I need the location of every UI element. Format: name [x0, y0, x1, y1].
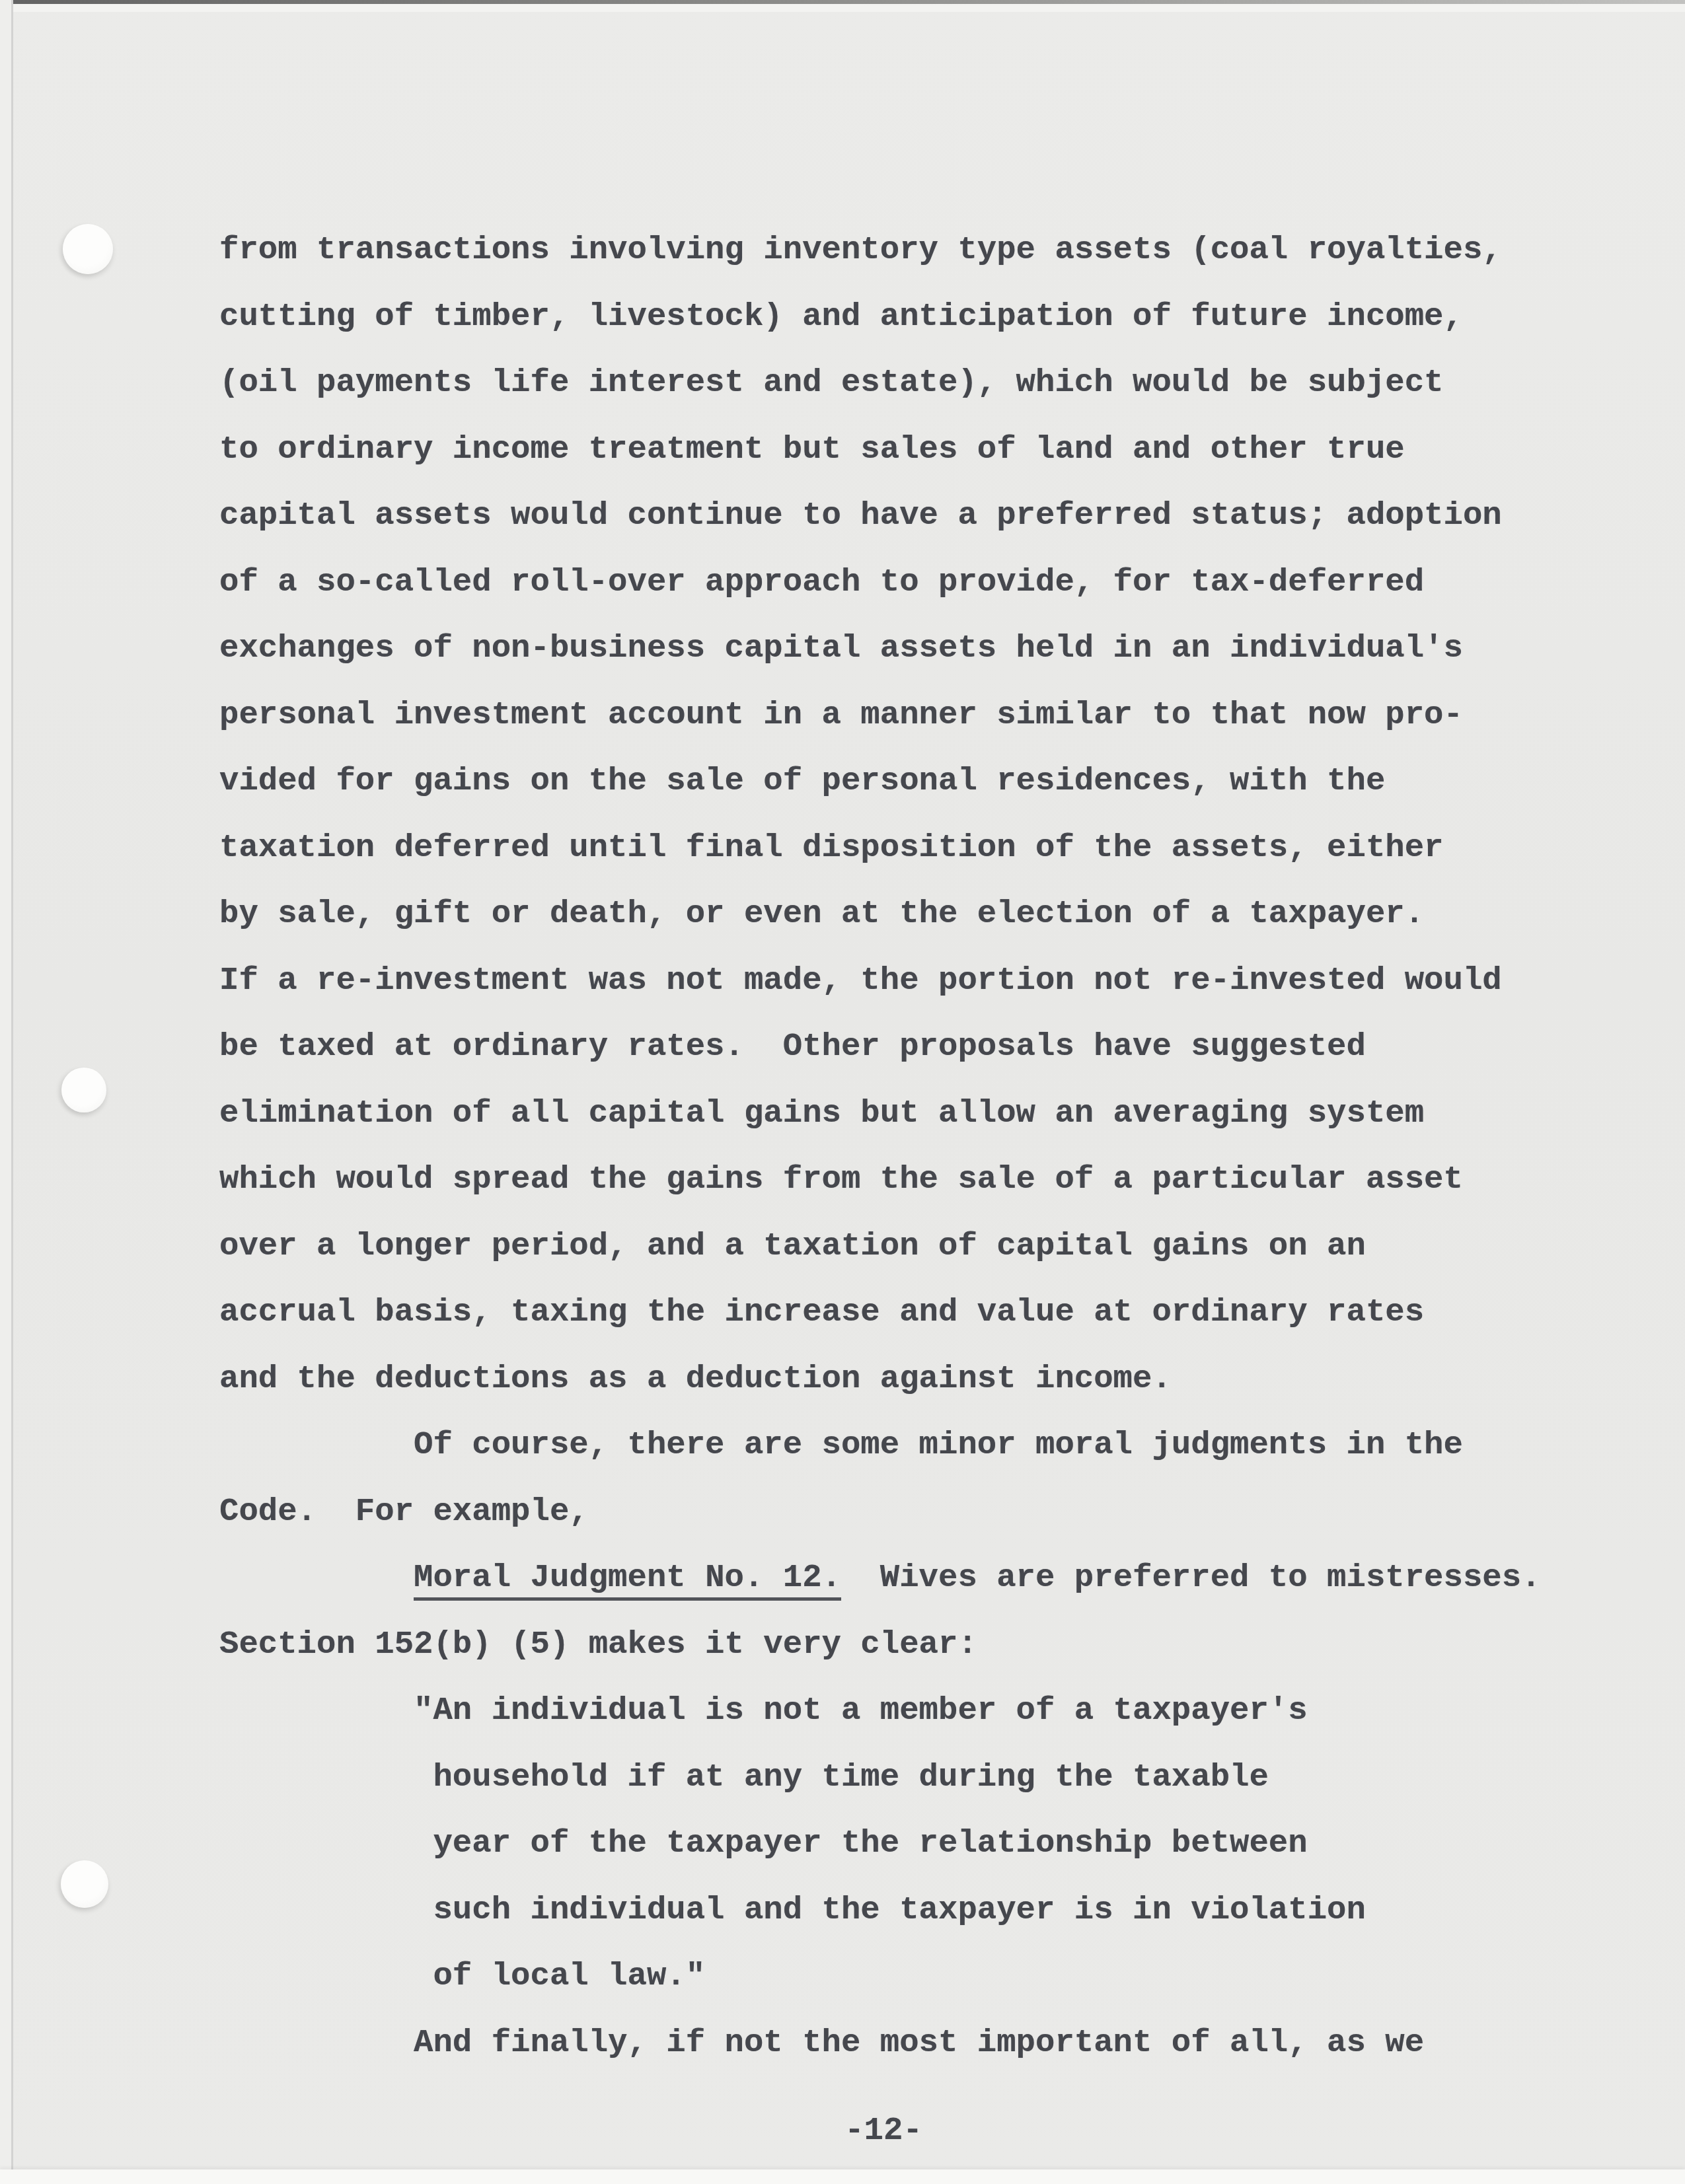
page-number: -12-: [219, 2097, 1548, 2164]
text-line: If a re-investment was not made, the por…: [219, 947, 1574, 1014]
text-line: Section 152(b) (5) makes it very clear:: [219, 1611, 1574, 1678]
text-line: Code. For example,: [219, 1478, 1574, 1545]
text-line: And finally, if not the most important o…: [219, 2010, 1574, 2076]
text-line: from transactions involving inventory ty…: [219, 217, 1574, 283]
text-line: accrual basis, taxing the increase and v…: [219, 1279, 1574, 1346]
text-line: exchanges of non-business capital assets…: [219, 615, 1574, 682]
scan-left-paper-edge: [0, 0, 13, 2184]
text-line: over a longer period, and a taxation of …: [219, 1213, 1574, 1280]
text-line: cutting of timber, livestock) and antici…: [219, 283, 1574, 350]
text-line: capital assets would continue to have a …: [219, 482, 1574, 549]
text-line: (oil payments life interest and estate),…: [219, 349, 1574, 416]
underlined-text: Moral Judgment No. 12.: [414, 1559, 841, 1601]
scan-bottom-edge: [0, 2169, 1685, 2184]
text-line: of a so-called roll-over approach to pro…: [219, 549, 1574, 616]
text-line: by sale, gift or death, or even at the e…: [219, 881, 1574, 947]
text-line: personal investment account in a manner …: [219, 682, 1574, 748]
text-line: vided for gains on the sale of personal …: [219, 748, 1574, 815]
text-line: household if at any time during the taxa…: [219, 1744, 1574, 1811]
scan-top-margin: [0, 4, 1685, 12]
text-line: to ordinary income treatment but sales o…: [219, 416, 1574, 483]
punch-hole: [63, 224, 113, 274]
text-line: "An individual is not a member of a taxp…: [219, 1677, 1574, 1744]
text-line: of local law.": [219, 1943, 1574, 2010]
text-line: be taxed at ordinary rates. Other propos…: [219, 1013, 1574, 1080]
text-line: Moral Judgment No. 12. Wives are preferr…: [219, 1545, 1574, 1611]
text-line: taxation deferred until final dispositio…: [219, 815, 1574, 881]
document-page: from transactions involving inventory ty…: [0, 0, 1685, 2184]
text-line: which would spread the gains from the sa…: [219, 1146, 1574, 1213]
punch-hole: [61, 1068, 106, 1112]
text-line: Of course, there are some minor moral ju…: [219, 1412, 1574, 1478]
text-line: such individual and the taxpayer is in v…: [219, 1877, 1574, 1944]
text-line: year of the taxpayer the relationship be…: [219, 1810, 1574, 1877]
typewritten-text-block: from transactions involving inventory ty…: [219, 217, 1574, 2076]
punch-hole: [61, 1860, 108, 1908]
text-line: elimination of all capital gains but all…: [219, 1080, 1574, 1147]
text-line: and the deductions as a deduction agains…: [219, 1346, 1574, 1412]
